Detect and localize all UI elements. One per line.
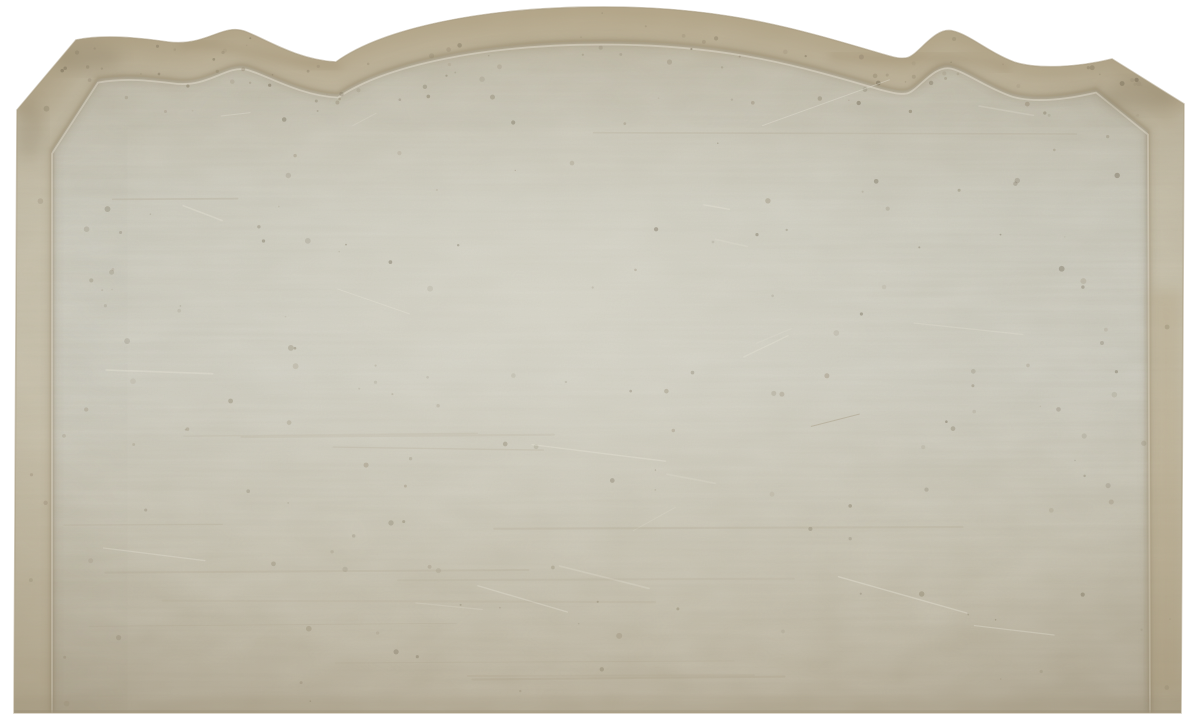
vignette-shading [0, 0, 1200, 726]
product-photo [0, 0, 1200, 726]
furniture-panel-illustration [0, 0, 1200, 726]
panel-texture-group [0, 0, 1200, 726]
